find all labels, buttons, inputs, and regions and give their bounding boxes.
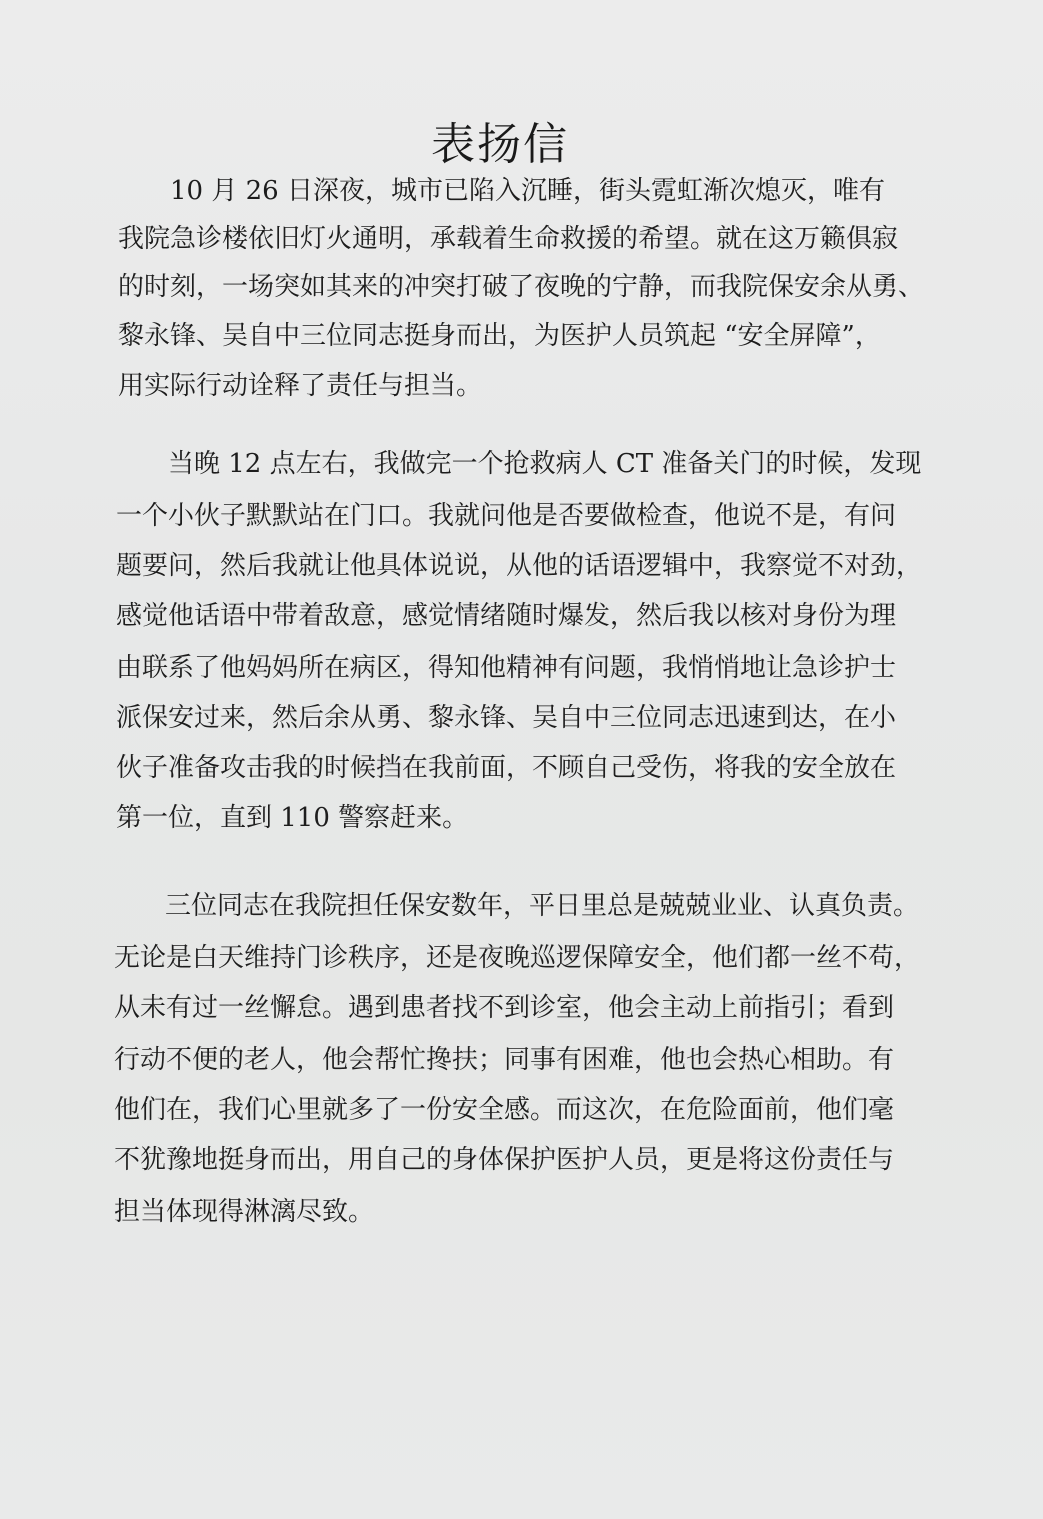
paragraph-1-line-4: 黎永锋、吴自中三位同志挺身而出，为医护人员筑起 “安全屏障”，: [118, 320, 881, 352]
paragraph-2-line-1: 当晚 12 点左右，我做完一个抢救病人 CT 准备关门的时候，发现: [168, 448, 921, 480]
paragraph-3-line-1: 三位同志在我院担任保安数年，平日里总是兢兢业业、认真负责。: [165, 890, 919, 922]
paragraph-3-line-3: 从未有过一丝懈怠。遇到患者找不到诊室，他会主动上前指引；看到: [114, 992, 894, 1024]
paragraph-1-line-5: 用实际行动诠释了责任与担当。: [118, 370, 482, 402]
paragraph-3-line-5: 他们在，我们心里就多了一份安全感。而这次，在危险面前，他们毫: [114, 1094, 894, 1126]
paragraph-2-line-7: 伙子准备攻击我的时候挡在我前面，不顾自己受伤，将我的安全放在: [116, 752, 896, 784]
paragraph-1-line-3: 的时刻，一场突如其来的冲突打破了夜晚的宁静，而我院保安余从勇、: [118, 271, 924, 303]
letter-title: 表扬信: [0, 108, 1000, 172]
letter-page: 表扬信 10 月 26 日深夜，城市已陷入沉睡，街头霓虹渐次熄灭，唯有 我院急诊…: [0, 0, 1043, 1519]
paragraph-2-line-3: 题要问，然后我就让他具体说说，从他的话语逻辑中，我察觉不对劲，: [116, 550, 922, 582]
paragraph-2-line-5: 由联系了他妈妈所在病区，得知他精神有问题，我悄悄地让急诊护士: [116, 652, 896, 684]
paragraph-3-line-2: 无论是白天维持门诊秩序，还是夜晚巡逻保障安全，他们都一丝不苟，: [114, 942, 920, 974]
paragraph-3-line-7: 担当体现得淋漓尽致。: [114, 1196, 374, 1228]
paragraph-1-line-1: 10 月 26 日深夜，城市已陷入沉睡，街头霓虹渐次熄灭，唯有: [170, 175, 885, 207]
paragraph-3-line-6: 不犹豫地挺身而出，用自己的身体保护医护人员，更是将这份责任与: [114, 1144, 894, 1176]
paragraph-2-line-4: 感觉他话语中带着敌意，感觉情绪随时爆发，然后我以核对身份为理: [116, 600, 896, 632]
paragraph-2-line-2: 一个小伙子默默站在门口。我就问他是否要做检查，他说不是，有问: [116, 500, 896, 532]
paragraph-2-line-8: 第一位，直到 110 警察赶来。: [116, 802, 468, 834]
paragraph-3-line-4: 行动不便的老人，他会帮忙搀扶；同事有困难，他也会热心相助。有: [114, 1044, 894, 1076]
paragraph-2-line-6: 派保安过来，然后余从勇、黎永锋、吴自中三位同志迅速到达，在小: [116, 702, 896, 734]
paragraph-1-line-2: 我院急诊楼依旧灯火通明，承载着生命救援的希望。就在这万籁俱寂: [118, 223, 898, 255]
